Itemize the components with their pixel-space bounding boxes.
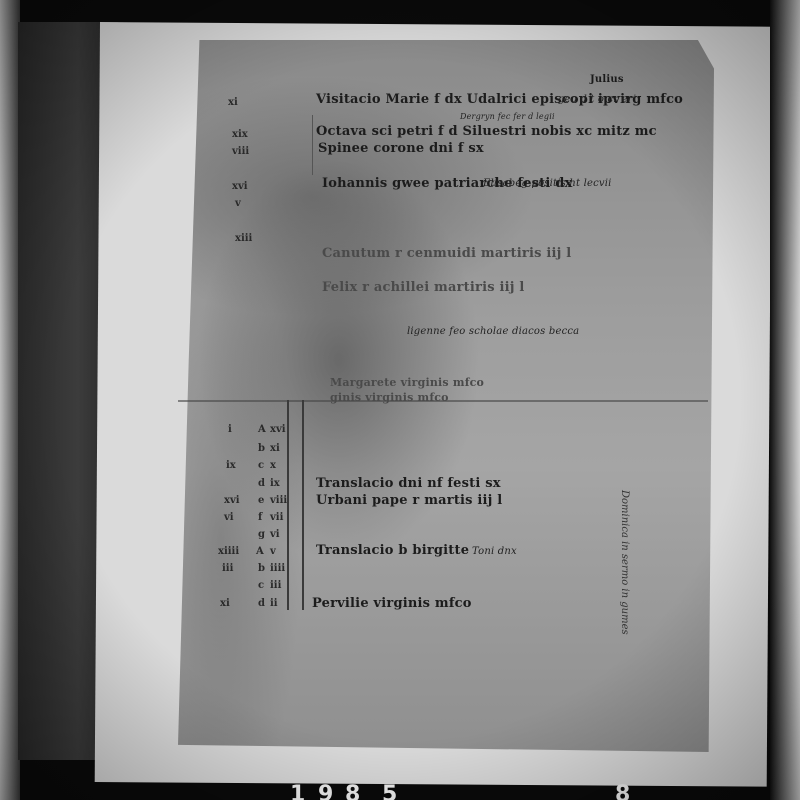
golden-number: xiii xyxy=(235,233,252,244)
calendar-entry: Pervilie virginis mfco xyxy=(312,596,472,611)
golden-number: xvi xyxy=(232,181,248,192)
film-mark: 1 xyxy=(290,782,305,800)
dominical-letter: b xyxy=(258,443,265,454)
day-number: x xyxy=(270,460,276,471)
month-heading: Julius xyxy=(590,74,624,85)
golden-number: xi xyxy=(220,598,230,609)
golden-number: iii xyxy=(222,563,233,574)
day-number: xvi xyxy=(270,424,286,435)
calendar-entry: Canutum r cenmuidi martiris iij l xyxy=(322,246,571,261)
dominical-letter: b xyxy=(258,563,265,574)
day-number: iii xyxy=(270,580,281,591)
calendar-entry: Felix r achillei martiris iij l xyxy=(322,280,525,295)
marginal-annotation: Dergryn fec fer d legii xyxy=(460,112,555,121)
golden-number: xi xyxy=(228,97,238,108)
film-mark: 9 xyxy=(318,782,333,800)
golden-number: vi xyxy=(224,512,234,523)
calendar-entry: Margarete virginis mfco xyxy=(330,376,484,389)
film-mark: 8 xyxy=(615,782,630,800)
film-edge-left xyxy=(0,0,20,800)
film-mark: 5 xyxy=(382,782,397,800)
marginal-annotation: Toni dnx xyxy=(472,546,517,557)
calendar-entry: ginis virginis mfco xyxy=(330,391,449,404)
marginal-annotation: ligenne feo scholae diacos becca xyxy=(407,326,579,337)
dominical-letter: A xyxy=(256,546,264,557)
dominical-letter: A xyxy=(258,424,266,435)
golden-number: v xyxy=(235,198,241,209)
golden-number: viii xyxy=(232,146,249,157)
day-number: vii xyxy=(270,512,283,523)
dominical-letter: c xyxy=(258,580,264,591)
day-number: v xyxy=(270,546,276,557)
calendar-entry: Translacio dni nf festi sx xyxy=(316,476,501,491)
golden-number: i xyxy=(228,424,232,435)
golden-number: xix xyxy=(232,129,248,140)
vertical-margin-note: Dominica in sermo in gumes xyxy=(619,490,630,635)
film-mark: 8 xyxy=(345,782,360,800)
golden-number: ix xyxy=(226,460,236,471)
film-edge-right xyxy=(770,0,800,800)
dominical-letter: d xyxy=(258,598,265,609)
dominical-letter: g xyxy=(258,529,265,540)
calendar-entry: Spinee corone dni f sx xyxy=(318,141,484,156)
dominical-letter: f xyxy=(258,512,262,523)
marginal-annotation: Elisabeg positis ht lecvii xyxy=(483,178,612,189)
calendar-entry: Octava sci petri f d Siluestri nobis xc … xyxy=(316,124,657,139)
dominical-letter: e xyxy=(258,495,264,506)
day-number: viii xyxy=(270,495,287,506)
calendar-entry: Urbani pape r martis iij l xyxy=(316,493,502,508)
ruling-line xyxy=(302,400,304,610)
ruling-line xyxy=(287,400,289,610)
day-number: ii xyxy=(270,598,278,609)
golden-number: xvi xyxy=(224,495,240,506)
day-number: iiii xyxy=(270,563,285,574)
day-number: ix xyxy=(270,478,280,489)
marginal-annotation: geo d t o cr eri xyxy=(558,94,636,105)
golden-number: xiiii xyxy=(218,546,239,557)
day-number: xi xyxy=(270,443,280,454)
day-number: vi xyxy=(270,529,280,540)
dominical-letter: d xyxy=(258,478,265,489)
dominical-letter: c xyxy=(258,460,264,471)
ruling-line xyxy=(312,115,313,175)
calendar-entry: Translacio b birgitte xyxy=(316,543,469,558)
